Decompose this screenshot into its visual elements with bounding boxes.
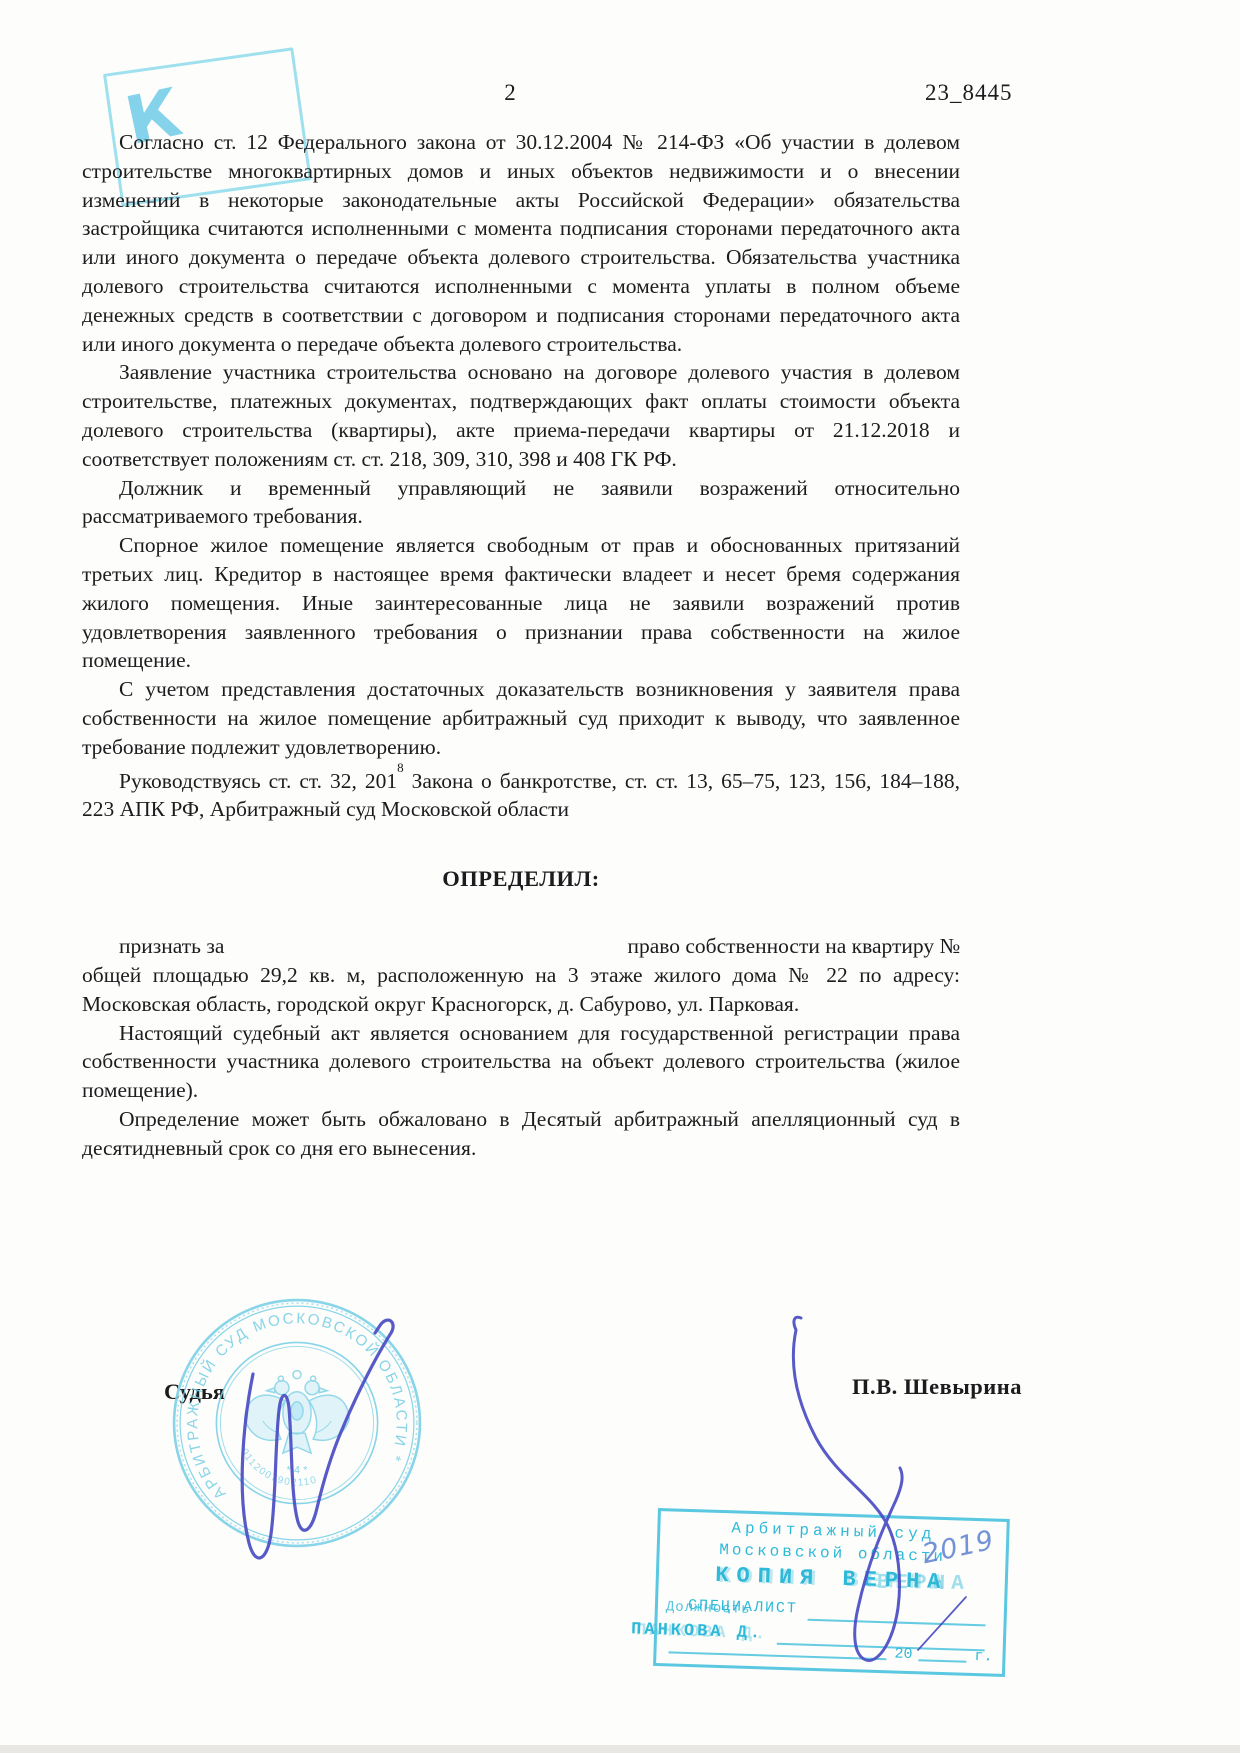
copy-stamp-position-value: СПЕЦИАЛИСТ	[688, 1597, 798, 1617]
scanned-court-document-page: 2 23_8445 К Согласно ст. 12 Федерального…	[0, 0, 1240, 1753]
copy-stamp-verna-ghost: ВЕРНА	[877, 1572, 970, 1596]
copy-stamp-year-suffix: г.	[974, 1648, 993, 1666]
recognize-suffix: право собственности на квартиру №	[627, 932, 960, 961]
guided-by-text-before-sup: Руководствуясь ст. ст. 32, 201	[119, 769, 397, 793]
paragraph-state-registration: Настоящий судебный акт является основани…	[82, 1019, 960, 1105]
copy-stamp-date-underline	[668, 1651, 886, 1660]
judge-name: П.В. Шевырина	[852, 1374, 1022, 1400]
copy-stamp-year-prefix: 20	[894, 1646, 913, 1664]
copy-stamp-clerk-name: ПАНКОВА Д.	[631, 1620, 764, 1643]
copy-stamp-position-underline	[808, 1619, 986, 1627]
copy-stamp-name-underline	[777, 1643, 985, 1652]
paragraph-application-basis: Заявление участника строительства основа…	[82, 358, 960, 473]
paragraph-court-conclusion: С учетом представления достаточных доказ…	[82, 675, 960, 761]
paragraph-recognize-right: признать за право собственности на кварт…	[82, 932, 960, 961]
copy-stamp-year-underline	[918, 1659, 966, 1663]
document-body: Согласно ст. 12 Федерального закона от 3…	[82, 128, 960, 1163]
paragraph-no-objections: Должник и временный управляющий не заяви…	[82, 474, 960, 532]
ruling-heading: ОПРЕДЕЛИЛ:	[82, 866, 960, 892]
coat-of-arms-eagle	[245, 1371, 350, 1454]
paragraph-apartment-details: общей площадью 29,2 кв. м, расположенную…	[82, 961, 960, 1019]
page-number: 2	[470, 80, 550, 106]
scan-bottom-edge	[0, 1745, 1240, 1753]
guided-by-superscript: 8	[397, 760, 404, 775]
recognize-prefix: признать за	[119, 934, 224, 958]
document-code: 23_8445	[925, 80, 1013, 106]
seal-center-mark: * 4 *	[287, 1464, 309, 1476]
round-court-seal: АРБИТРАЖНЫЙ СУД МОСКОВСКОЙ ОБЛАСТИ * 011…	[166, 1292, 428, 1554]
paragraph-disputed-premises: Спорное жилое помещение является свободн…	[82, 531, 960, 675]
paragraph-guided-by: Руководствуясь ст. ст. 32, 2018 Закона о…	[82, 762, 960, 825]
paragraph-appeal: Определение может быть обжаловано в Деся…	[82, 1105, 960, 1163]
paragraph-law-214fz: Согласно ст. 12 Федерального закона от 3…	[82, 128, 960, 358]
